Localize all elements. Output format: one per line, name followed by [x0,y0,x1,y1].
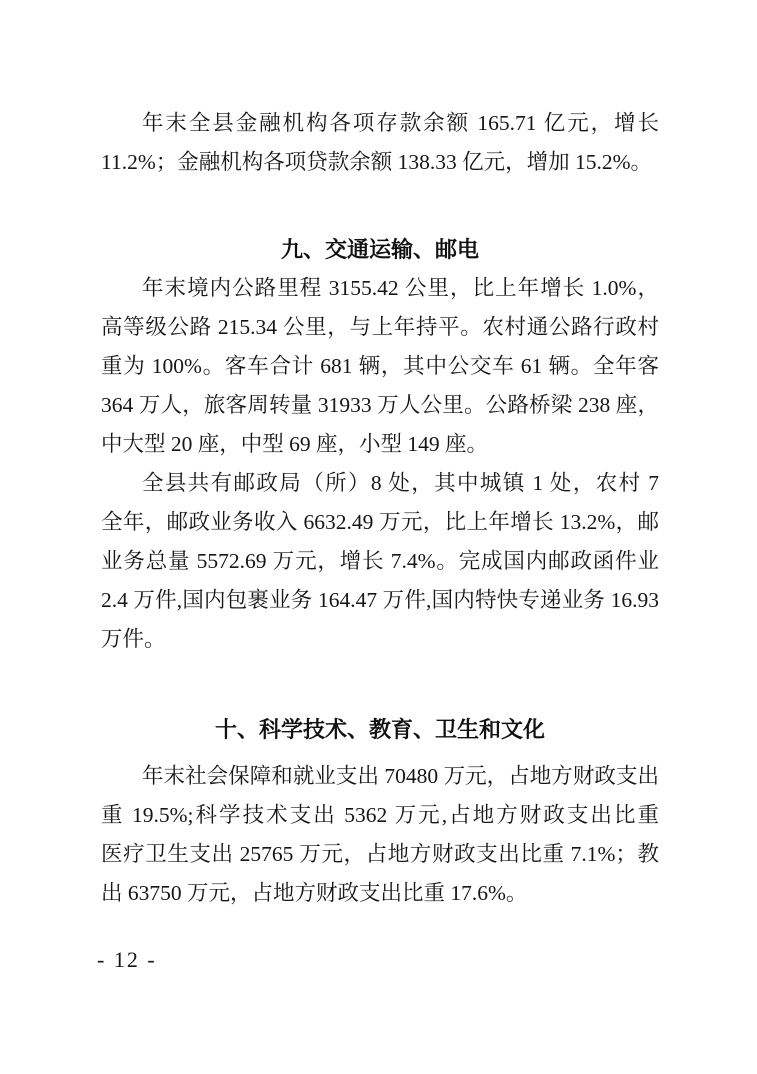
paragraph-line: 重 19.5%;科学技术支出 5362 万元,占地方财政支出比重 1.5%; [101,796,659,835]
section-heading-transport-post: 九、交通运输、邮电 [101,230,659,269]
paragraph-line: 364 万人，旅客周转量 31933 万人公里。公路桥梁 238 座，其 [101,386,659,425]
document-page: 年末全县金融机构各项存款余额 165.71 亿元，增长 11.2%；金融机构各项… [0,0,757,1074]
paragraph-line: 11.2%；金融机构各项贷款余额 138.33 亿元，增加 15.2%。 [101,143,659,182]
paragraph-line: 全年，邮政业务收入 6632.49 万元，比上年增长 13.2%，邮政 [101,503,659,542]
page-number: - 12 - [97,945,157,975]
paragraph-finance: 年末全县金融机构各项存款余额 165.71 亿元，增长 11.2%；金融机构各项… [101,104,659,182]
paragraph-line: 重为 100%。客车合计 681 辆，其中公交车 61 辆。全年客运量 [101,347,659,386]
section-heading-science-education-health-culture: 十、科学技术、教育、卫生和文化 [101,710,659,749]
paragraph-line: 中大型 20 座，中型 69 座，小型 149 座。 [101,425,659,464]
paragraph-line: 年末社会保障和就业支出 70480 万元，占地方财政支出比 [101,757,659,796]
paragraph-roads-transport: 年末境内公路里程 3155.42 公里，比上年增长 1.0%，其中 高等级公路 … [101,269,659,464]
paragraph-line: 年末境内公路里程 3155.42 公里，比上年增长 1.0%，其中 [101,269,659,308]
paragraph-line: 高等级公路 215.34 公里，与上年持平。农村通公路行政村比 [101,308,659,347]
paragraph-line: 2.4 万件,国内包裹业务 164.47 万件,国内特快专递业务 16.93 [101,581,659,620]
paragraph-line: 万件。 [101,620,659,659]
paragraph-line: 医疗卫生支出 25765 万元，占地方财政支出比重 7.1%；教育支 [101,835,659,874]
paragraph-fiscal-expenditure: 年末社会保障和就业支出 70480 万元，占地方财政支出比 重 19.5%;科学… [101,757,659,913]
paragraph-line: 全县共有邮政局（所）8 处，其中城镇 1 处，农村 7 处。 [101,464,659,503]
paragraph-line: 业务总量 5572.69 万元，增长 7.4%。完成国内邮政函件业务 [101,542,659,581]
paragraph-line: 出 63750 万元，占地方财政支出比重 17.6%。 [101,874,659,913]
paragraph-postal-services: 全县共有邮政局（所）8 处，其中城镇 1 处，农村 7 处。 全年，邮政业务收入… [101,464,659,659]
paragraph-line: 年末全县金融机构各项存款余额 165.71 亿元，增长 [101,104,659,143]
